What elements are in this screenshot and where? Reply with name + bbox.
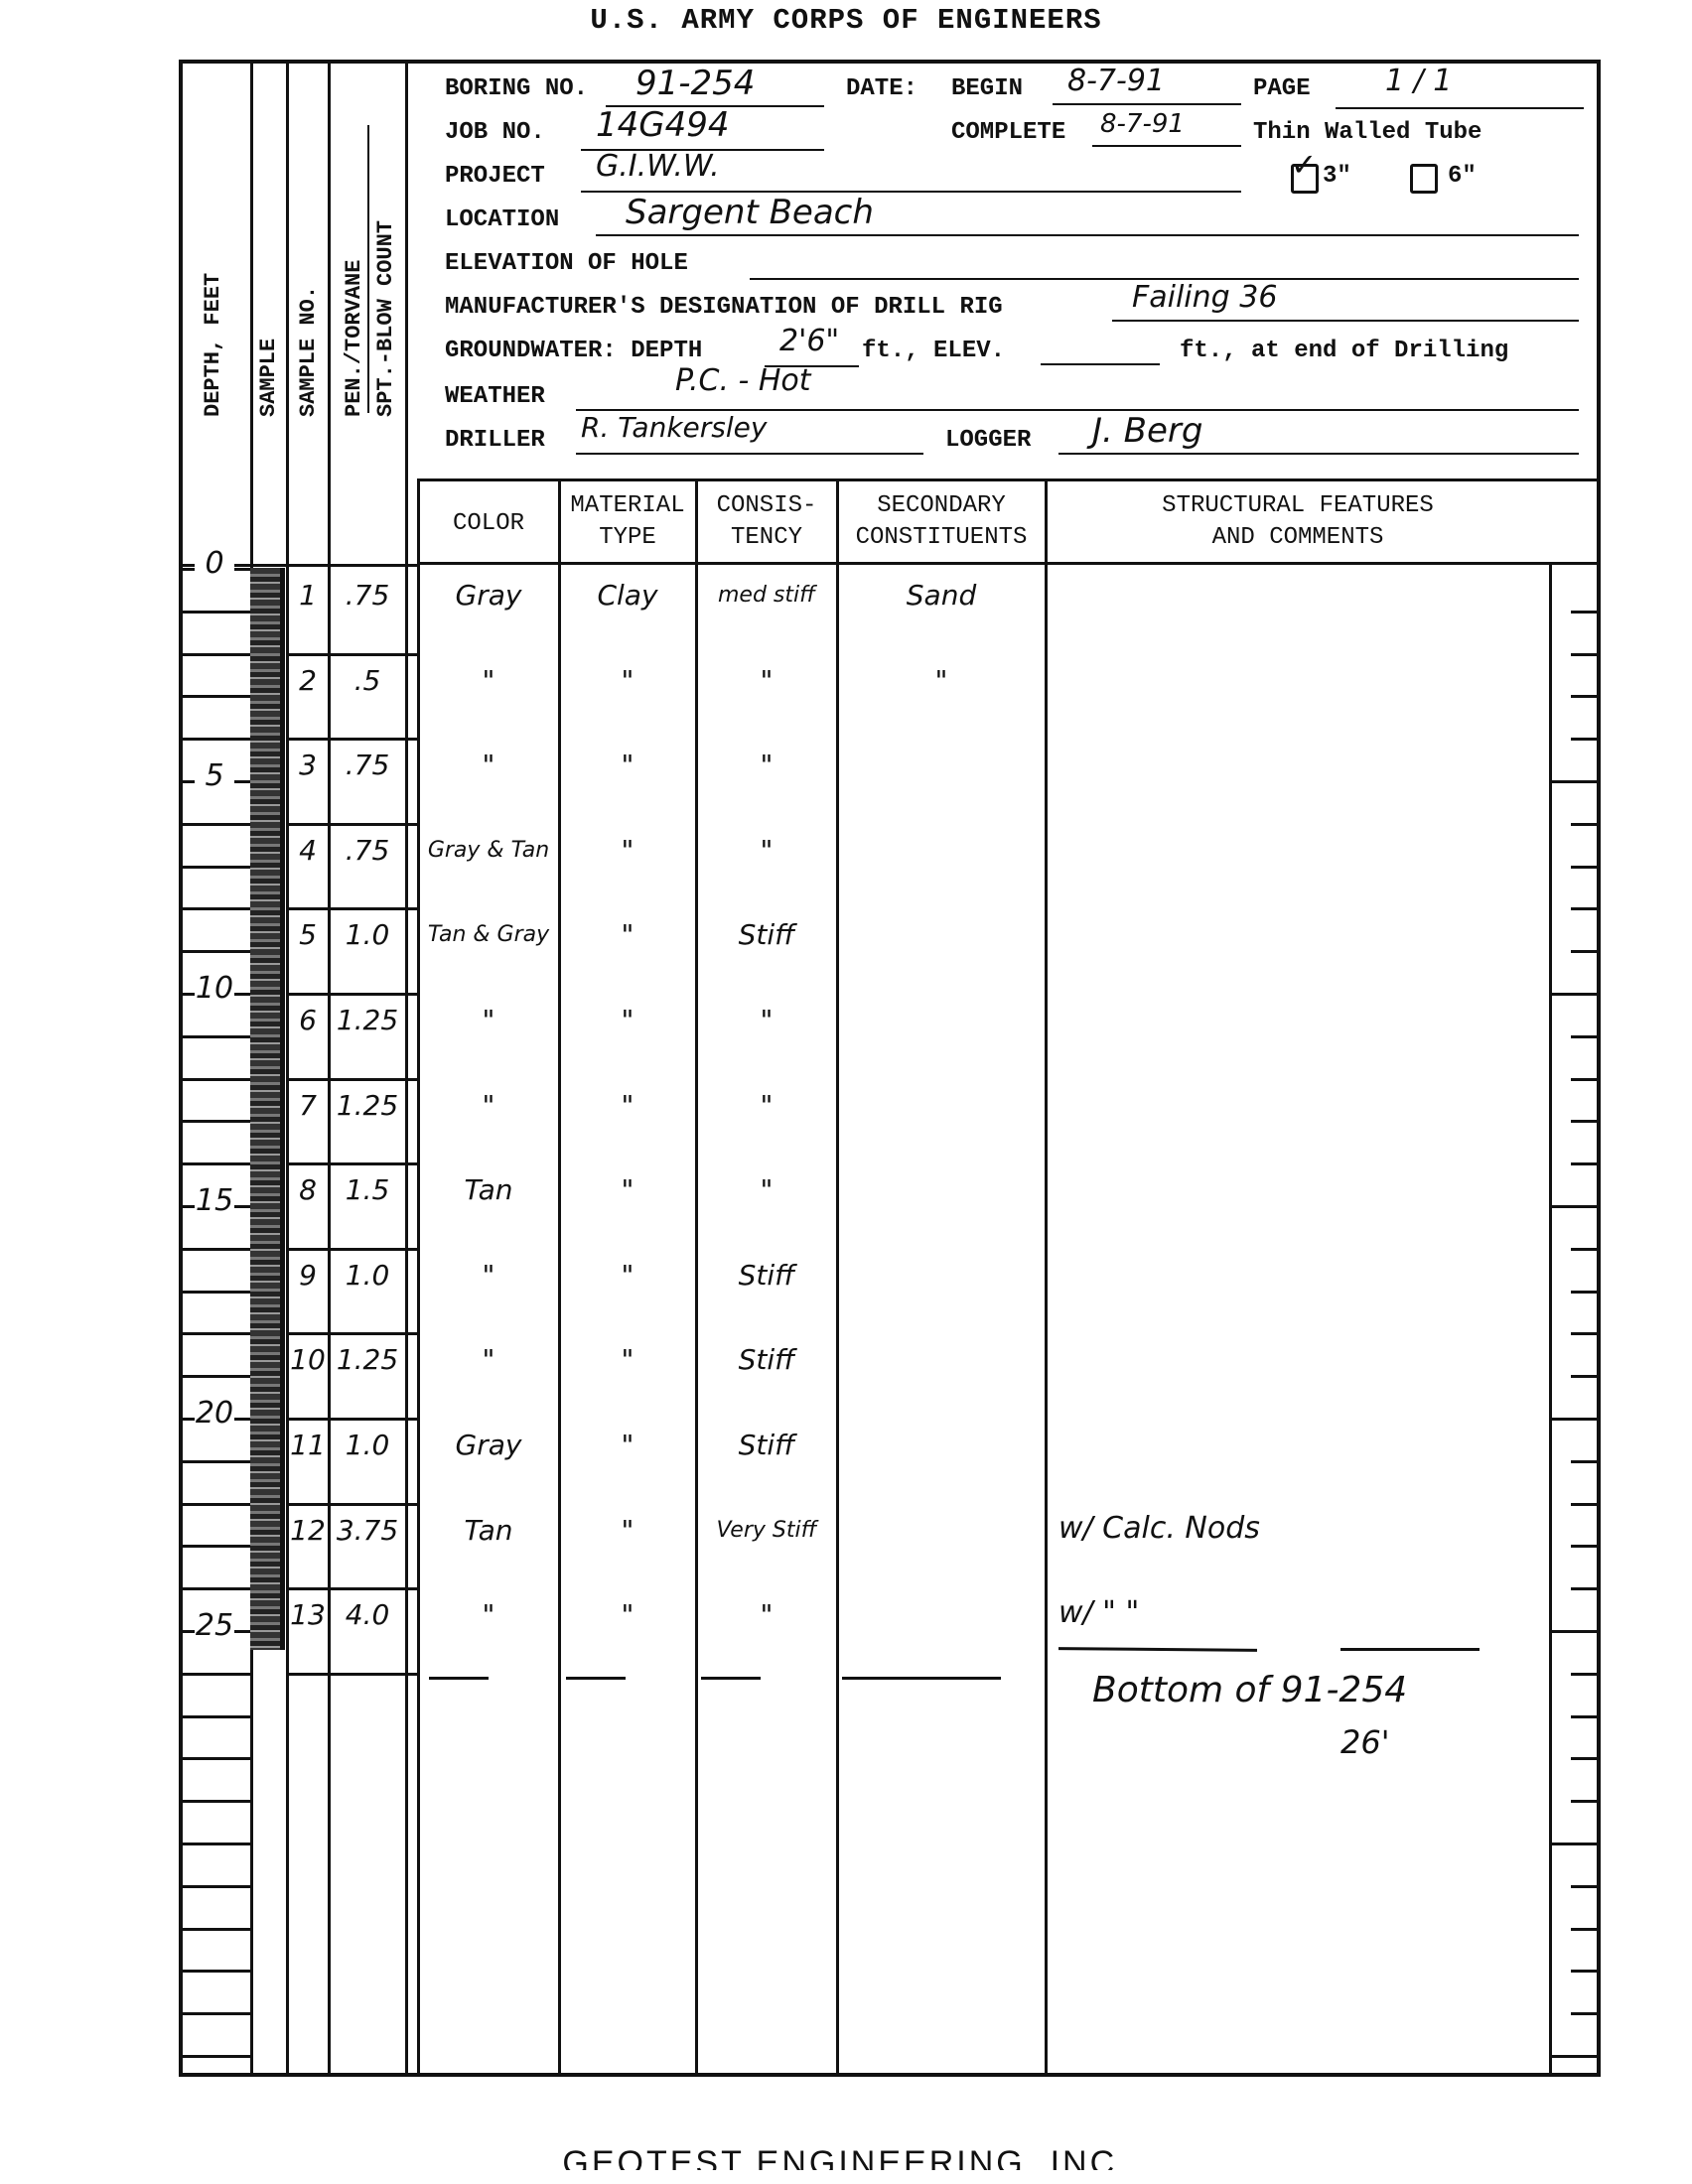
color-value: "	[419, 1260, 558, 1292]
color-value: Gray	[419, 580, 558, 612]
material-type-value: "	[560, 1599, 695, 1631]
structural-features-column-header: STRUCTURAL FEATURES AND COMMENTS	[1047, 490, 1549, 554]
sample-no: 1	[288, 580, 328, 612]
end-of-drilling-label: ft., at end of Drilling	[1180, 338, 1508, 364]
pen-torvane-value: 1.0	[330, 1430, 405, 1461]
depth-mark: 20	[195, 1396, 234, 1431]
color-value: "	[419, 750, 558, 781]
logger-field[interactable]: J. Berg	[1092, 411, 1202, 451]
color-value: Tan	[419, 1174, 558, 1206]
color-column-header: COLOR	[419, 508, 558, 540]
comment-value: w/ Calc. Nods	[1058, 1511, 1260, 1546]
groundwater-depth-label: GROUNDWATER: DEPTH	[445, 338, 702, 364]
depth-mark: 25	[195, 1608, 234, 1643]
tube-6in-checkbox[interactable]	[1410, 164, 1438, 194]
material-type-value: "	[560, 1174, 695, 1206]
weather-label: WEATHER	[445, 383, 545, 410]
consistency-value: "	[697, 1090, 836, 1122]
pen-torvane-value: 1.0	[330, 1260, 405, 1292]
driller-field[interactable]: R. Tankersley	[581, 411, 767, 444]
boring-no-label: BORING NO.	[445, 75, 588, 102]
boring-no-field[interactable]: 91-254	[635, 64, 755, 103]
consistency-value: med stiff	[697, 580, 836, 612]
logger-label: LOGGER	[945, 427, 1031, 454]
sample-no: 12	[288, 1515, 328, 1547]
job-no-label: JOB NO.	[445, 119, 545, 146]
pen-torvane-value: 4.0	[330, 1599, 405, 1631]
tube-3in-label: 3"	[1323, 163, 1351, 190]
color-value: "	[419, 1599, 558, 1631]
sample-no: 10	[288, 1344, 328, 1376]
project-label: PROJECT	[445, 163, 545, 190]
complete-date-field[interactable]: 8-7-91	[1100, 109, 1185, 139]
page-field[interactable]: 1 / 1	[1385, 64, 1452, 98]
page-label: PAGE	[1253, 75, 1311, 102]
drill-rig-field[interactable]: Failing 36	[1132, 280, 1277, 315]
consistency-value: Stiff	[697, 1430, 836, 1461]
pen-torvane-value: .5	[330, 665, 405, 697]
complete-label: COMPLETE	[951, 119, 1065, 146]
drill-rig-label: MANUFACTURER'S DESIGNATION OF DRILL RIG	[445, 294, 1003, 321]
location-label: LOCATION	[445, 206, 559, 233]
thin-walled-tube-label: Thin Walled Tube	[1253, 119, 1481, 146]
pen-torvane-value: 3.75	[330, 1515, 405, 1547]
pen-torvane-value: 1.25	[330, 1090, 405, 1122]
check-mark-icon: ✓	[1293, 149, 1315, 185]
consistency-value: Stiff	[697, 1344, 836, 1376]
pen-torvane-value: 1.25	[330, 1005, 405, 1036]
consistency-value: "	[697, 835, 836, 867]
job-no-field[interactable]: 14G494	[596, 105, 730, 145]
sample-no: 6	[288, 1005, 328, 1036]
color-value: Gray & Tan	[419, 835, 558, 867]
consistency-value: "	[697, 750, 836, 781]
spt-blow-count-label: SPT.-BLOW COUNT	[373, 149, 398, 417]
sample-label: SAMPLE	[256, 298, 281, 417]
sample-no: 13	[288, 1599, 328, 1631]
sample-no-label: SAMPLE NO.	[296, 238, 321, 417]
pen-torvane-value: .75	[330, 750, 405, 781]
secondary-constituents-value: Sand	[838, 580, 1045, 612]
document-title: U.S. ARMY CORPS OF ENGINEERS	[0, 4, 1692, 37]
depth-mark: 5	[195, 758, 234, 793]
pen-torvane-value: 1.0	[330, 919, 405, 951]
sample-no: 11	[288, 1430, 328, 1461]
depth-mark: 15	[195, 1183, 234, 1218]
tube-6in-label: 6"	[1448, 163, 1477, 190]
consistency-column-header: CONSIS- TENCY	[697, 490, 836, 554]
sample-no: 8	[288, 1174, 328, 1206]
comment-value: w/ " "	[1058, 1595, 1139, 1630]
color-value: "	[419, 665, 558, 697]
sample-no: 5	[288, 919, 328, 951]
sample-no: 4	[288, 835, 328, 867]
sample-no: 3	[288, 750, 328, 781]
sample-core-graphic	[250, 568, 285, 1650]
consistency-value: "	[697, 1174, 836, 1206]
color-value: Gray	[419, 1430, 558, 1461]
color-value: Tan & Gray	[419, 919, 558, 951]
consistency-value: "	[697, 1599, 836, 1631]
material-type-value: "	[560, 750, 695, 781]
sample-no: 2	[288, 665, 328, 697]
color-value: "	[419, 1090, 558, 1122]
material-type-value: "	[560, 1430, 695, 1461]
date-label: DATE:	[846, 75, 917, 102]
pen-torvane-label: PEN./TORVANE	[342, 199, 366, 417]
depth-mark: 0	[195, 546, 234, 581]
material-type-value: "	[560, 835, 695, 867]
begin-label: BEGIN	[951, 75, 1023, 102]
ft-elev-label: ft., ELEV.	[862, 338, 1005, 364]
secondary-constituents-column-header: SECONDARY CONSTITUENTS	[838, 490, 1045, 554]
color-value: "	[419, 1344, 558, 1376]
material-type-value: "	[560, 1090, 695, 1122]
pen-torvane-value: .75	[330, 580, 405, 612]
color-value: "	[419, 1005, 558, 1036]
groundwater-depth-field[interactable]: 2'6"	[779, 324, 839, 358]
sample-no: 7	[288, 1090, 328, 1122]
bottom-depth-note: 26'	[1340, 1723, 1390, 1761]
material-type-value: "	[560, 665, 695, 697]
material-type-value: "	[560, 1344, 695, 1376]
material-type-value: "	[560, 1005, 695, 1036]
project-field[interactable]: G.I.W.W.	[596, 149, 720, 184]
pen-torvane-value: 1.5	[330, 1174, 405, 1206]
bottom-of-boring-note: Bottom of 91-254	[1092, 1670, 1407, 1710]
driller-label: DRILLER	[445, 427, 545, 454]
consistency-value: "	[697, 665, 836, 697]
company-footer: GEOTEST ENGINEERING, INC.	[0, 2144, 1692, 2170]
depth-feet-label: DEPTH, FEET	[201, 218, 225, 417]
consistency-value: Very Stiff	[697, 1515, 836, 1547]
consistency-value: "	[697, 1005, 836, 1036]
pen-torvane-value: .75	[330, 835, 405, 867]
begin-date-field[interactable]: 8-7-91	[1067, 64, 1165, 98]
material-type-value: Clay	[560, 580, 695, 612]
sample-no: 9	[288, 1260, 328, 1292]
depth-mark: 10	[195, 971, 234, 1006]
weather-field[interactable]: P.C. - Hot	[675, 363, 811, 398]
elevation-label: ELEVATION OF HOLE	[445, 250, 688, 277]
secondary-constituents-value: "	[838, 665, 1045, 697]
material-type-value: "	[560, 919, 695, 951]
location-field[interactable]: Sargent Beach	[626, 193, 874, 232]
material-type-column-header: MATERIAL TYPE	[560, 490, 695, 554]
material-type-value: "	[560, 1260, 695, 1292]
pen-torvane-value: 1.25	[330, 1344, 405, 1376]
material-type-value: "	[560, 1515, 695, 1547]
consistency-value: Stiff	[697, 919, 836, 951]
color-value: Tan	[419, 1515, 558, 1547]
consistency-value: Stiff	[697, 1260, 836, 1292]
